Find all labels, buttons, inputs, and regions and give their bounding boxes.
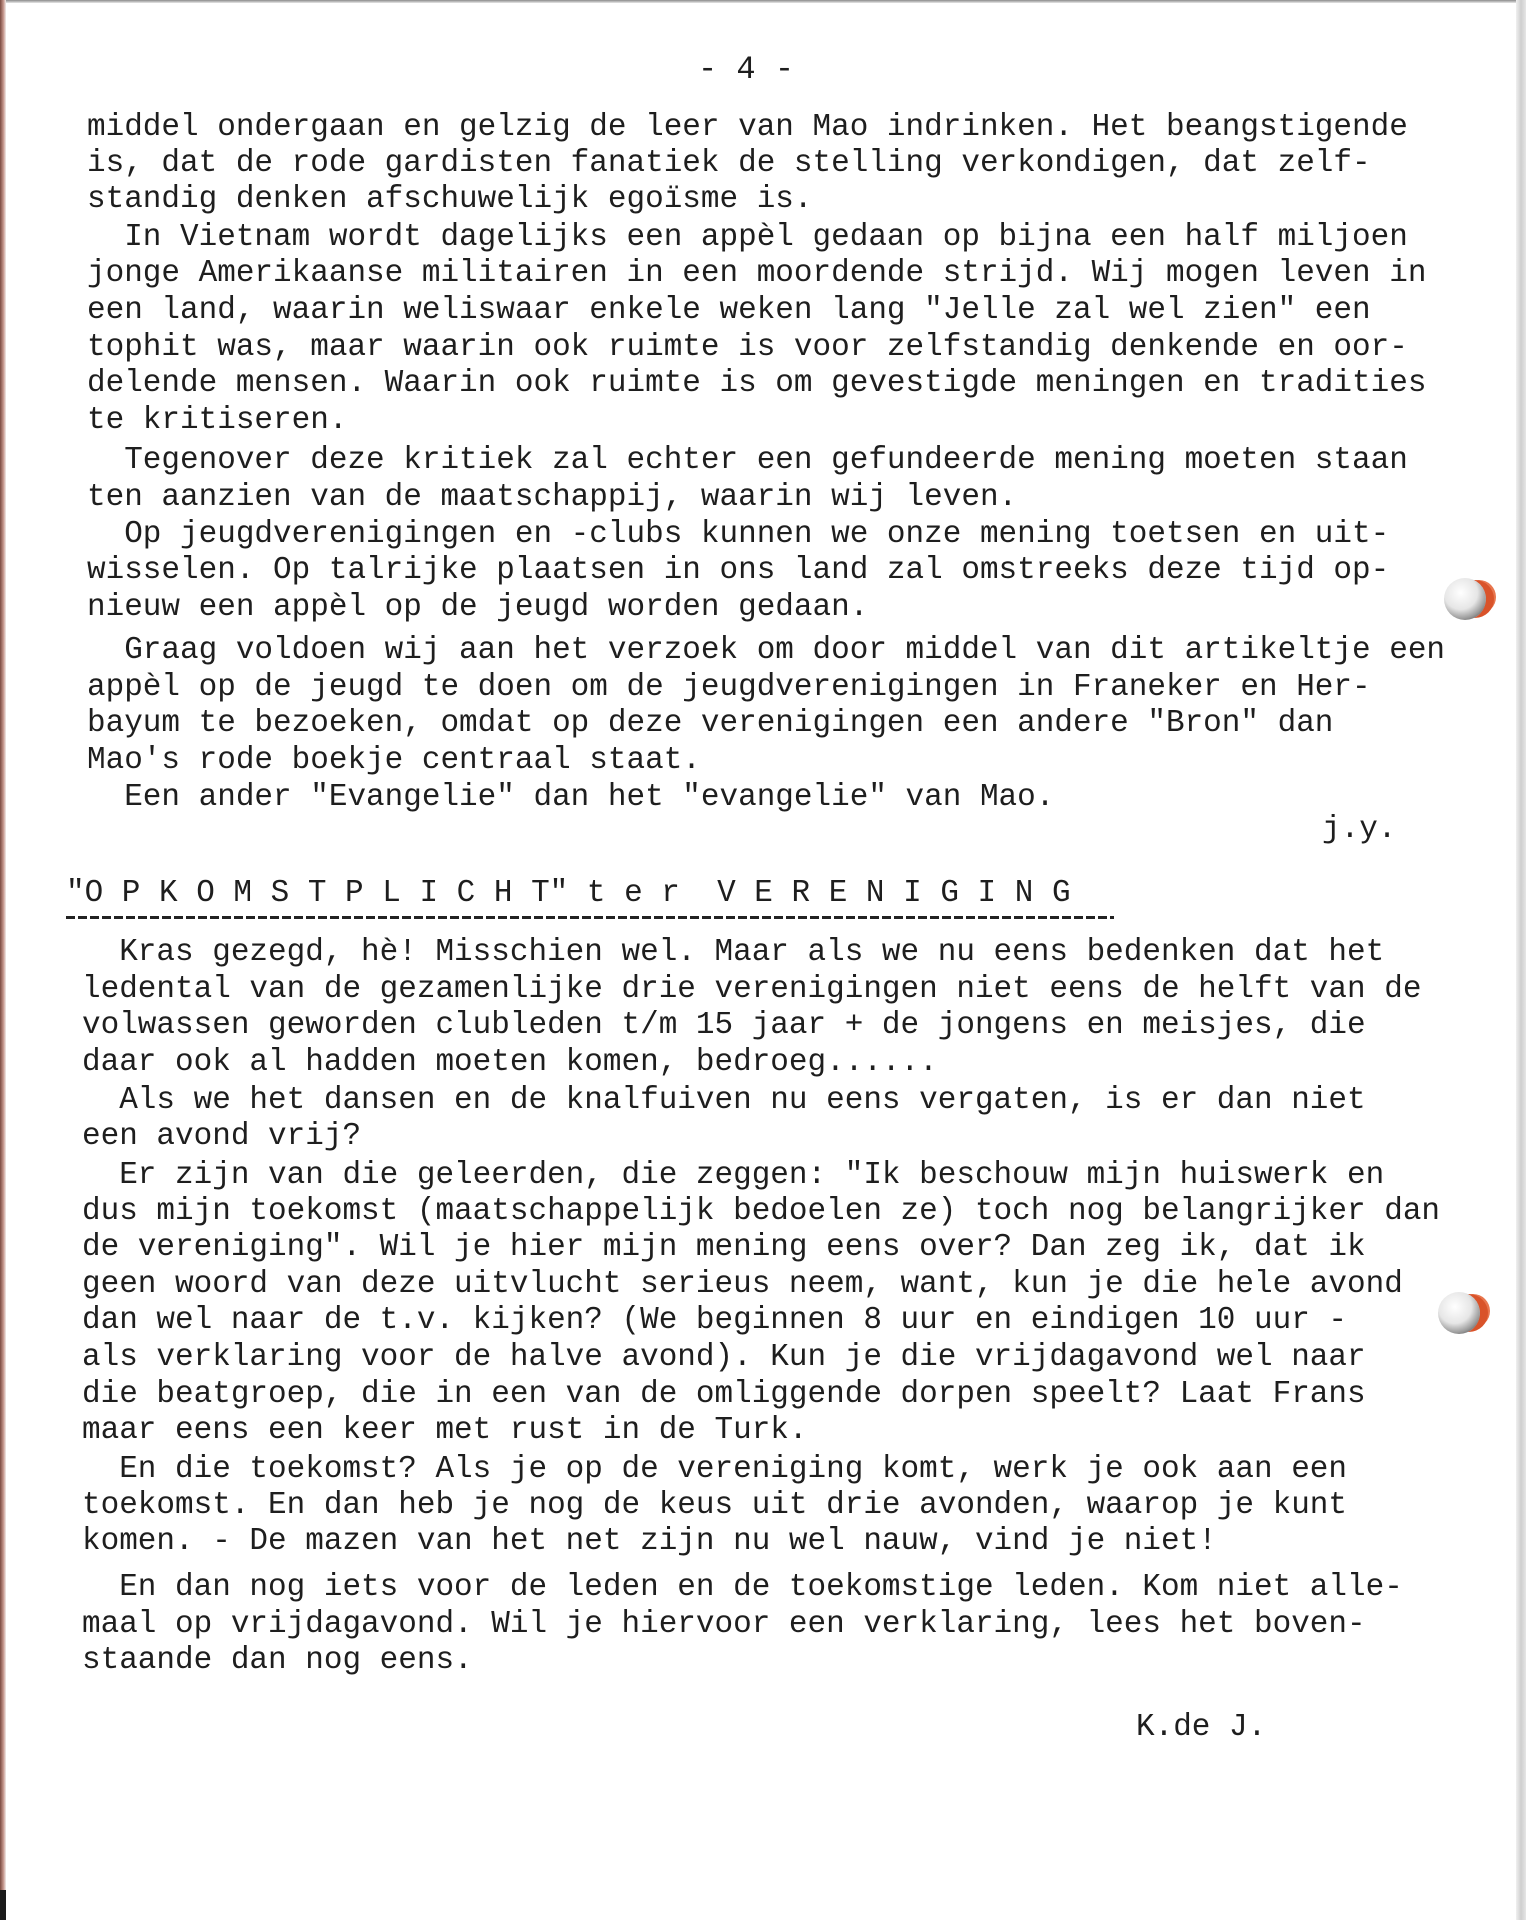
article-mao-line: In Vietnam wordt dagelijks een appèl ged… <box>87 220 1408 257</box>
title-dashed-underline <box>66 916 1114 919</box>
article-mao-line: Op jeugdverenigingen en -clubs kunnen we… <box>87 517 1389 554</box>
article-mao-line: jonge Amerikaanse militairen in een moor… <box>87 256 1426 293</box>
page-top-edge <box>0 0 1526 3</box>
article-mao-line: wisselen. Op talrijke plaatsen in ons la… <box>87 553 1389 590</box>
page-left-edge <box>0 0 6 1920</box>
article-mao-line: middel ondergaan en gelzig de leer van M… <box>87 110 1408 147</box>
article-opkomstplicht-line: volwassen geworden clubleden t/m 15 jaar… <box>82 1008 1366 1045</box>
article-mao-line: Mao's rode boekje centraal staat. <box>87 743 701 780</box>
signature-kdej: K.de J. <box>1136 1710 1266 1747</box>
signature-jy: j.y. <box>1322 812 1396 849</box>
article-mao-line: een land, waarin weliswaar enkele weken … <box>87 293 1371 330</box>
article-mao-line: tophit was, maar waarin ook ruimte is vo… <box>87 330 1408 367</box>
page-corner-shadow <box>0 1890 6 1920</box>
article-opkomstplicht-line: de vereniging". Wil je hier mijn mening … <box>82 1230 1366 1267</box>
page-right-edge <box>1516 0 1526 1920</box>
article-opkomstplicht-line: Kras gezegd, hè! Misschien wel. Maar als… <box>82 935 1384 972</box>
article-title-opkomstplicht: "O P K O M S T P L I C H T" t e r V E R … <box>66 876 1071 913</box>
article-opkomstplicht-line: daar ook al hadden moeten komen, bedroeg… <box>82 1045 938 1082</box>
article-opkomstplicht-line: Er zijn van die geleerden, die zeggen: "… <box>82 1158 1384 1195</box>
article-mao-line: Tegenover deze kritiek zal echter een ge… <box>87 443 1408 480</box>
article-opkomstplicht-line: En die toekomst? Als je op de vereniging… <box>82 1452 1347 1489</box>
article-opkomstplicht-line: maal op vrijdagavond. Wil je hiervoor ee… <box>82 1607 1366 1644</box>
article-mao-line: nieuw een appèl op de jeugd worden gedaa… <box>87 590 868 627</box>
article-opkomstplicht-line: dus mijn toekomst (maatschappelijk bedoe… <box>82 1194 1440 1231</box>
article-mao-line: Een ander "Evangelie" dan het "evangelie… <box>87 780 1054 817</box>
article-mao-line: is, dat de rode gardisten fanatiek de st… <box>87 146 1371 183</box>
document-page: - 4 - middel ondergaan en gelzig de leer… <box>0 0 1516 1920</box>
article-opkomstplicht-line: dan wel naar de t.v. kijken? (We beginne… <box>82 1303 1347 1340</box>
article-mao-line: te kritiseren. <box>87 403 347 440</box>
article-opkomstplicht-line: die beatgroep, die in een van de omligge… <box>82 1377 1366 1414</box>
article-mao-line: Graag voldoen wij aan het verzoek om doo… <box>87 633 1445 670</box>
page-number: - 4 - <box>698 52 794 89</box>
article-opkomstplicht-line: geen woord van deze uitvlucht serieus ne… <box>82 1267 1403 1304</box>
article-mao-line: bayum te bezoeken, omdat op deze verenig… <box>87 706 1333 743</box>
article-mao-line: ten aanzien van de maatschappij, waarin … <box>87 480 1017 517</box>
article-opkomstplicht-line: Als we het dansen en de knalfuiven nu ee… <box>82 1083 1366 1120</box>
article-mao-line: appèl op de jeugd te doen om de jeugdver… <box>87 670 1371 707</box>
article-mao-line: delende mensen. Waarin ook ruimte is om … <box>87 366 1426 403</box>
article-opkomstplicht-line: ledental van de gezamenlijke drie vereni… <box>82 972 1421 1009</box>
punch-hole-lower <box>1438 1292 1480 1334</box>
article-opkomstplicht-line: komen. - De mazen van het net zijn nu we… <box>82 1524 1217 1561</box>
article-opkomstplicht-line: als verklaring voor de halve avond). Kun… <box>82 1340 1366 1377</box>
punch-hole-upper <box>1444 578 1486 620</box>
article-opkomstplicht-line: toekomst. En dan heb je nog de keus uit … <box>82 1488 1347 1525</box>
article-opkomstplicht-line: een avond vrij? <box>82 1119 361 1156</box>
article-mao-line: standig denken afschuwelijk egoïsme is. <box>87 182 813 219</box>
article-opkomstplicht-line: En dan nog iets voor de leden en de toek… <box>82 1570 1403 1607</box>
article-opkomstplicht-line: staande dan nog eens. <box>82 1643 473 1680</box>
article-opkomstplicht-line: maar eens een keer met rust in de Turk. <box>82 1413 808 1450</box>
